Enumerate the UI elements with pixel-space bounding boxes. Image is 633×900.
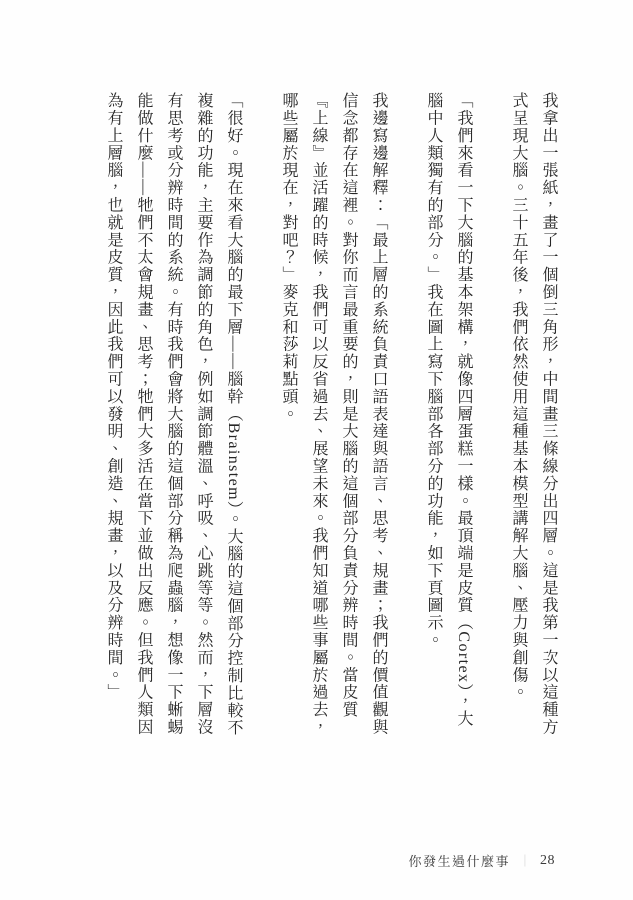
paragraph-1: 我拿出一張紙，畫了一個倒三角形，中間畫三條線分出四層。這是我第一次以這種方式呈現…	[503, 92, 563, 742]
footer-divider: ｜	[521, 852, 528, 869]
footer-page-number: 28	[540, 853, 555, 869]
book-page: 我拿出一張紙，畫了一個倒三角形，中間畫三條線分出四層。這是我第一次以這種方式呈現…	[0, 0, 633, 900]
paragraph-2: 「我們來看一下大腦的基本架構，就像四層蛋糕一樣。最頂端是皮質（Cortex），大…	[418, 92, 478, 742]
paragraph-4: 「很好。現在來看大腦的最下層——腦幹（Brainstem）。大腦的這個部分控制比…	[98, 92, 248, 742]
footer-book-title: 你發生過什麼事	[408, 851, 510, 870]
paragraph-3: 我邊寫邊解釋：「最上層的系統負責口語表達與語言、思考、規畫；我們的價值觀與信念都…	[273, 92, 393, 742]
body-text: 我拿出一張紙，畫了一個倒三角形，中間畫三條線分出四層。這是我第一次以這種方式呈現…	[98, 92, 563, 742]
page-footer: 你發生過什麼事 ｜ 28	[408, 851, 555, 870]
